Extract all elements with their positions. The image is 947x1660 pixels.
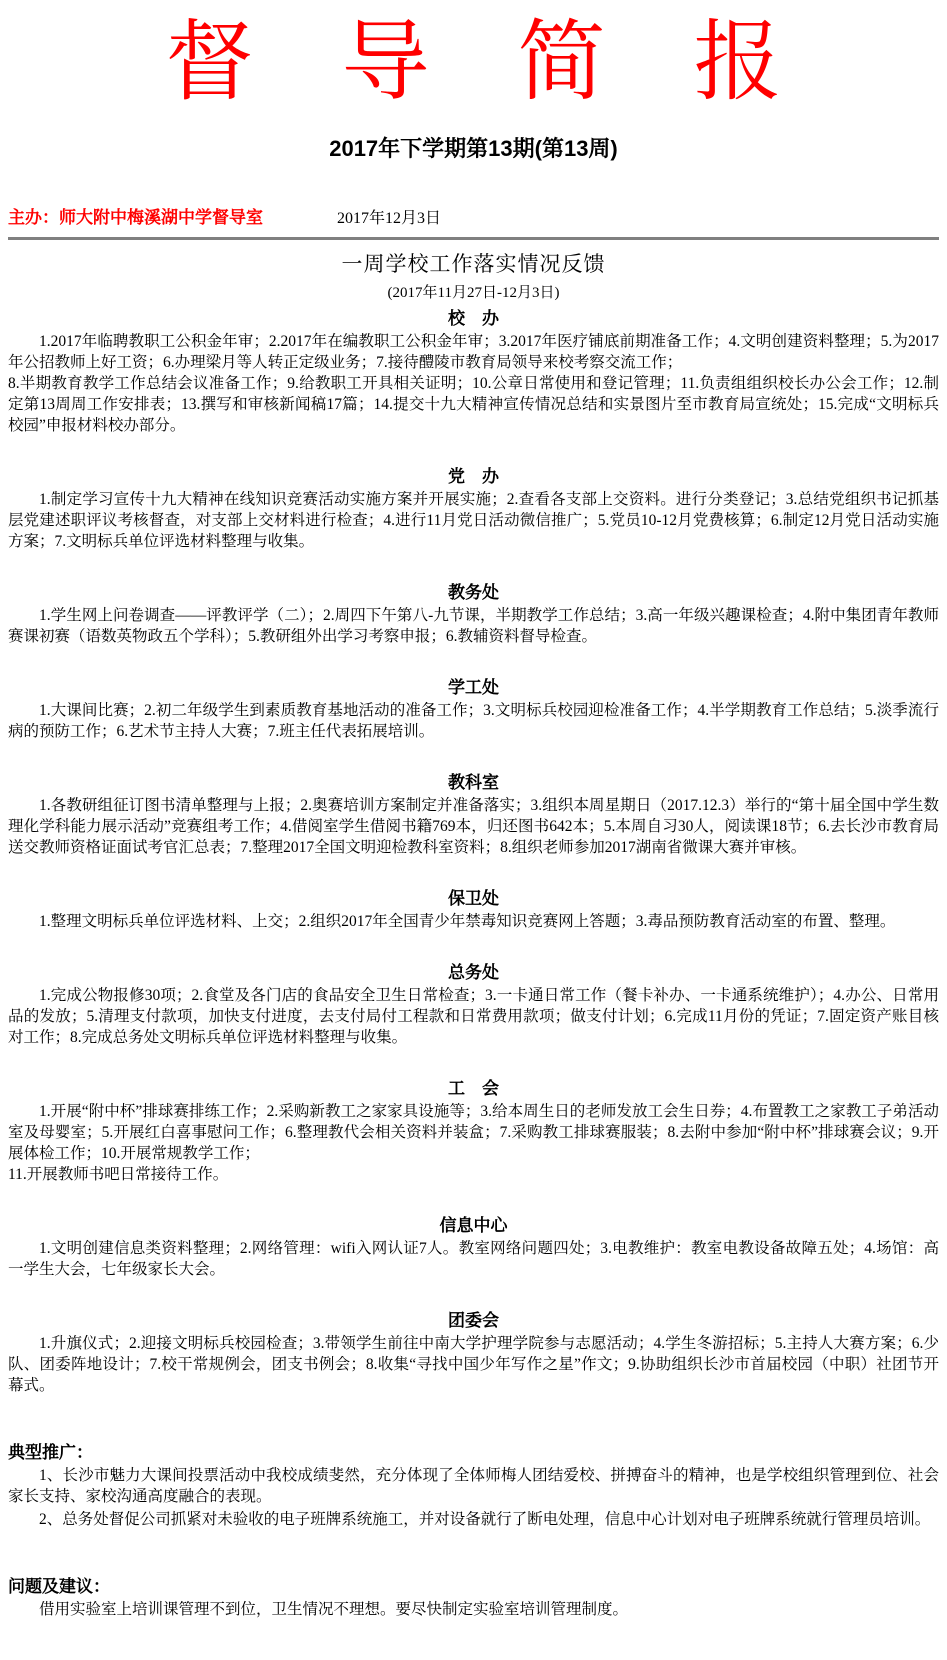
department-paragraph: 1.开展“附中杯”排球赛排练工作；2.采购新教工之家家具设施等；3.给本周生日的… bbox=[8, 1101, 939, 1164]
department-heading: 保卫处 bbox=[8, 884, 939, 909]
issue-number-line: 2017年下学期第13期(第13周) bbox=[8, 132, 939, 163]
department-paragraph: 8.半期教育教学工作总结会议准备工作；9.给教职工开具相关证明；10.公章日常使… bbox=[8, 373, 939, 436]
note-problems-suggestions: 问题及建议： 借用实验室上培训课管理不到位，卫生情况不理想。要尽快制定实验室培训… bbox=[8, 1572, 939, 1620]
department-section-jiaowuchu: 教务处 1.学生网上问卷调查——评教评学（二）；2.周四下午第八-九节课，半期教… bbox=[8, 578, 939, 647]
department-paragraph: 1.2017年临聘教职工公积金年审；2.2017年在编教职工公积金年审；3.20… bbox=[8, 331, 939, 373]
department-paragraph: 1.文明创建信息类资料整理；2.网络管理：wifi入网认证7人。教室网络问题四处… bbox=[8, 1238, 939, 1280]
header-divider bbox=[8, 237, 939, 240]
department-section-dangban: 党 办 1.制定学习宣传十九大精神在线知识竞赛活动实施方案并开展实施；2.查看各… bbox=[8, 462, 939, 552]
department-heading: 党 办 bbox=[8, 462, 939, 487]
department-section-baoweichu: 保卫处 1.整理文明标兵单位评选材料、上交；2.组织2017年全国青少年禁毒知识… bbox=[8, 884, 939, 932]
note-paragraph: 2、总务处督促公司抓紧对未验收的电子班牌系统施工，并对设备就行了断电处理，信息中… bbox=[8, 1509, 939, 1530]
department-heading: 教务处 bbox=[8, 578, 939, 603]
department-paragraph: 11.开展教师书吧日常接待工作。 bbox=[8, 1164, 939, 1185]
department-paragraph: 1.制定学习宣传十九大精神在线知识竞赛活动实施方案并开展实施；2.查看各支部上交… bbox=[8, 489, 939, 552]
note-typical-promotion: 典型推广： 1、长沙市魅力大课间投票活动中我校成绩斐然，充分体现了全体师梅人团结… bbox=[8, 1438, 939, 1530]
feedback-section-title: 一周学校工作落实情况反馈 bbox=[8, 248, 939, 278]
department-paragraph: 1.升旗仪式；2.迎接文明标兵校园检查；3.带领学生前往中南大学护理学院参与志愿… bbox=[8, 1333, 939, 1396]
department-heading: 团委会 bbox=[8, 1306, 939, 1331]
department-heading: 教科室 bbox=[8, 768, 939, 793]
document-title: 督 导 简 报 bbox=[8, 12, 939, 116]
organizer-label: 主办：师大附中梅溪湖中学督导室 bbox=[8, 203, 263, 228]
department-heading: 信息中心 bbox=[8, 1211, 939, 1236]
feedback-date-range: (2017年11月27日-12月3日) bbox=[8, 281, 939, 302]
department-section-jiaokeshi: 教科室 1.各教研组征订图书清单整理与上报；2.奥赛培训方案制定并准备落实；3.… bbox=[8, 768, 939, 858]
note-heading: 典型推广： bbox=[8, 1438, 939, 1463]
department-paragraph: 1.学生网上问卷调查——评教评学（二）；2.周四下午第八-九节课，半期教学工作总… bbox=[8, 605, 939, 647]
department-section-gonghui: 工 会 1.开展“附中杯”排球赛排练工作；2.采购新教工之家家具设施等；3.给本… bbox=[8, 1074, 939, 1185]
bulletin-page: 督 导 简 报 2017年下学期第13期(第13周) 主办：师大附中梅溪湖中学督… bbox=[0, 0, 947, 1660]
department-section-xiaoban: 校 办 1.2017年临聘教职工公积金年审；2.2017年在编教职工公积金年审；… bbox=[8, 304, 939, 436]
department-heading: 总务处 bbox=[8, 958, 939, 983]
issue-date: 2017年12月3日 bbox=[337, 205, 441, 228]
masthead-row: 主办：师大附中梅溪湖中学督导室 2017年12月3日 bbox=[8, 203, 939, 228]
department-section-tuanweihui: 团委会 1.升旗仪式；2.迎接文明标兵校园检查；3.带领学生前往中南大学护理学院… bbox=[8, 1306, 939, 1396]
department-section-xinxizhongxin: 信息中心 1.文明创建信息类资料整理；2.网络管理：wifi入网认证7人。教室网… bbox=[8, 1211, 939, 1280]
note-heading: 问题及建议： bbox=[8, 1572, 939, 1597]
department-paragraph: 1.整理文明标兵单位评选材料、上交；2.组织2017年全国青少年禁毒知识竞赛网上… bbox=[8, 911, 939, 932]
department-section-xuegongchu: 学工处 1.大课间比赛；2.初二年级学生到素质教育基地活动的准备工作；3.文明标… bbox=[8, 673, 939, 742]
department-paragraph: 1.完成公物报修30项；2.食堂及各门店的食品安全卫生日常检查；3.一卡通日常工… bbox=[8, 985, 939, 1048]
department-heading: 学工处 bbox=[8, 673, 939, 698]
department-paragraph: 1.各教研组征订图书清单整理与上报；2.奥赛培训方案制定并准备落实；3.组织本周… bbox=[8, 795, 939, 858]
department-section-zongwuchu: 总务处 1.完成公物报修30项；2.食堂及各门店的食品安全卫生日常检查；3.一卡… bbox=[8, 958, 939, 1048]
note-paragraph: 借用实验室上培训课管理不到位，卫生情况不理想。要尽快制定实验室培训管理制度。 bbox=[8, 1599, 939, 1620]
note-paragraph: 1、长沙市魅力大课间投票活动中我校成绩斐然，充分体现了全体师梅人团结爱校、拼搏奋… bbox=[8, 1465, 939, 1507]
department-paragraph: 1.大课间比赛；2.初二年级学生到素质教育基地活动的准备工作；3.文明标兵校园迎… bbox=[8, 700, 939, 742]
department-heading: 工 会 bbox=[8, 1074, 939, 1099]
department-heading: 校 办 bbox=[8, 304, 939, 329]
